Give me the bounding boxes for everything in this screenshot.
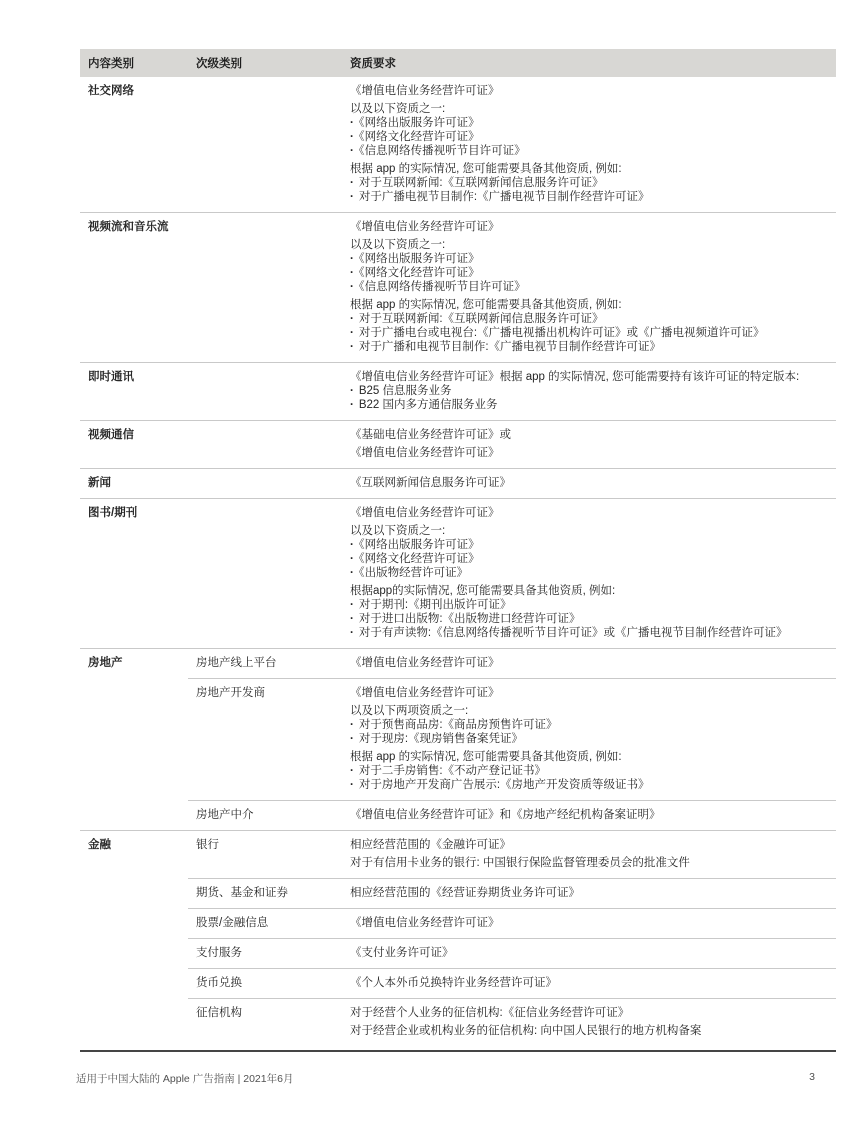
requirement-bullet-item: 《网络文化经营许可证》: [350, 552, 824, 566]
requirement-line: 相应经营范围的《经营证券期货业务许可证》: [350, 886, 824, 900]
requirement-bullet-item: 《网络出版服务许可证》: [350, 252, 824, 266]
requirement-bullet-item: 对于广播电台或电视台:《广播电视播出机构许可证》或《广播电视频道许可证》: [350, 326, 824, 340]
subcategory-cell: [188, 469, 348, 498]
table-subrow: 《增值电信业务经营许可证》以及以下资质之一:《网络出版服务许可证》《网络文化经营…: [188, 213, 836, 362]
requirements-cell: 《增值电信业务经营许可证》以及以下资质之一:《网络出版服务许可证》《网络文化经营…: [348, 77, 836, 212]
requirement-bullet-item: 对于有声读物:《信息网络传播视听节目许可证》或《广播电视节目制作经营许可证》: [350, 626, 824, 640]
requirement-line: 《增值电信业务经营许可证》: [350, 84, 824, 98]
category-cell: 社交网络: [80, 77, 188, 212]
requirement-bullet-item: 对于互联网新闻:《互联网新闻信息服务许可证》: [350, 312, 824, 326]
requirement-bullet-item: 《网络出版服务许可证》: [350, 116, 824, 130]
table-row: 社交网络《增值电信业务经营许可证》以及以下资质之一:《网络出版服务许可证》《网络…: [80, 77, 836, 213]
requirements-cell: 相应经营范围的《金融许可证》对于有信用卡业务的银行: 中国银行保险监督管理委员会…: [348, 831, 836, 878]
requirement-line: 《增值电信业务经营许可证》根据 app 的实际情况, 您可能需要持有该许可证的特…: [350, 370, 824, 384]
requirement-line: 《支付业务许可证》: [350, 946, 824, 960]
requirement-bullet-item: 《信息网络传播视听节目许可证》: [350, 280, 824, 294]
requirement-line: 以及以下资质之一:: [350, 102, 824, 116]
table-subrow: 银行相应经营范围的《金融许可证》对于有信用卡业务的银行: 中国银行保险监督管理委…: [188, 831, 836, 878]
requirement-line: 以及以下两项资质之一:: [350, 704, 824, 718]
subcategory-cell: 房地产线上平台: [188, 649, 348, 678]
subrows-container: 《增值电信业务经营许可证》以及以下资质之一:《网络出版服务许可证》《网络文化经营…: [188, 213, 836, 362]
requirement-line: 《增值电信业务经营许可证》: [350, 656, 824, 670]
requirement-line: 根据app的实际情况, 您可能需要具备其他资质, 例如:: [350, 584, 824, 598]
requirement-line: 《基础电信业务经营许可证》或: [350, 428, 824, 442]
requirements-cell: 《增值电信业务经营许可证》以及以下资质之一:《网络出版服务许可证》《网络文化经营…: [348, 213, 836, 362]
requirement-bullet-item: 对于房地产开发商广告展示:《房地产开发资质等级证书》: [350, 778, 824, 792]
requirement-bullet-item: 《网络出版服务许可证》: [350, 538, 824, 552]
requirement-bullet-item: 《信息网络传播视听节目许可证》: [350, 144, 824, 158]
table-subrow: 房地产线上平台《增值电信业务经营许可证》: [188, 649, 836, 678]
subrows-container: 《增值电信业务经营许可证》以及以下资质之一:《网络出版服务许可证》《网络文化经营…: [188, 499, 836, 648]
requirement-bullet-item: 对于二手房销售:《不动产登记证书》: [350, 764, 824, 778]
requirement-line: 对于经营个人业务的征信机构:《征信业务经营许可证》: [350, 1006, 824, 1020]
footer-document-title: 适用于中国大陆的 Apple 广告指南 | 2021年6月: [76, 1071, 293, 1086]
table-subrow: 《增值电信业务经营许可证》根据 app 的实际情况, 您可能需要持有该许可证的特…: [188, 363, 836, 420]
requirements-cell: 《增值电信业务经营许可证》根据 app 的实际情况, 您可能需要持有该许可证的特…: [348, 363, 836, 420]
subcategory-cell: [188, 213, 348, 362]
requirements-cell: 《个人本外币兑换特许业务经营许可证》: [348, 969, 836, 998]
subrows-container: 《基础电信业务经营许可证》或《增值电信业务经营许可证》: [188, 421, 836, 468]
subrows-container: 房地产线上平台《增值电信业务经营许可证》房地产开发商《增值电信业务经营许可证》以…: [188, 649, 836, 830]
requirement-bullet-item: 《网络文化经营许可证》: [350, 130, 824, 144]
subcategory-cell: 期货、基金和证券: [188, 879, 348, 908]
requirement-line: 相应经营范围的《金融许可证》: [350, 838, 824, 852]
requirement-bullet-item: B25 信息服务业务: [350, 384, 824, 398]
subcategory-cell: 房地产中介: [188, 801, 348, 830]
requirements-cell: 《增值电信业务经营许可证》: [348, 649, 836, 678]
requirement-line: 对于有信用卡业务的银行: 中国银行保险监督管理委员会的批准文件: [350, 856, 824, 870]
table-subrow: 《增值电信业务经营许可证》以及以下资质之一:《网络出版服务许可证》《网络文化经营…: [188, 77, 836, 212]
table-subrow: 《增值电信业务经营许可证》以及以下资质之一:《网络出版服务许可证》《网络文化经营…: [188, 499, 836, 648]
subrows-container: 《互联网新闻信息服务许可证》: [188, 469, 836, 498]
requirement-bullet-item: 对于互联网新闻:《互联网新闻信息服务许可证》: [350, 176, 824, 190]
requirement-bullet-item: B22 国内多方通信服务业务: [350, 398, 824, 412]
requirements-cell: 相应经营范围的《经营证券期货业务许可证》: [348, 879, 836, 908]
requirement-line: 对于经营企业或机构业务的征信机构: 向中国人民银行的地方机构备案: [350, 1024, 824, 1038]
requirements-table: 内容类别 次级类别 资质要求 社交网络《增值电信业务经营许可证》以及以下资质之一…: [80, 49, 836, 1046]
column-header-category: 内容类别: [80, 55, 188, 71]
requirements-cell: 《增值电信业务经营许可证》以及以下两项资质之一:对于预售商品房:《商品房预售许可…: [348, 679, 836, 800]
table-row: 视频流和音乐流《增值电信业务经营许可证》以及以下资质之一:《网络出版服务许可证》…: [80, 213, 836, 363]
requirement-line: 《互联网新闻信息服务许可证》: [350, 476, 824, 490]
subcategory-cell: 支付服务: [188, 939, 348, 968]
requirement-bullet-item: 对于预售商品房:《商品房预售许可证》: [350, 718, 824, 732]
requirements-cell: 《增值电信业务经营许可证》以及以下资质之一:《网络出版服务许可证》《网络文化经营…: [348, 499, 836, 648]
requirement-line: 根据 app 的实际情况, 您可能需要具备其他资质, 例如:: [350, 750, 824, 764]
requirement-line: 《增值电信业务经营许可证》: [350, 916, 824, 930]
subcategory-cell: 股票/金融信息: [188, 909, 348, 938]
category-cell: 视频通信: [80, 421, 188, 468]
subcategory-cell: 银行: [188, 831, 348, 878]
table-subrow: 房地产中介《增值电信业务经营许可证》和《房地产经纪机构备案证明》: [188, 800, 836, 830]
requirement-bullet-item: 对于进口出版物:《出版物进口经营许可证》: [350, 612, 824, 626]
table-row: 金融银行相应经营范围的《金融许可证》对于有信用卡业务的银行: 中国银行保险监督管…: [80, 831, 836, 1046]
category-cell: 新闻: [80, 469, 188, 498]
table-row: 新闻《互联网新闻信息服务许可证》: [80, 469, 836, 499]
table-subrow: 股票/金融信息《增值电信业务经营许可证》: [188, 908, 836, 938]
requirements-cell: 《增值电信业务经营许可证》和《房地产经纪机构备案证明》: [348, 801, 836, 830]
requirement-bullet-item: 对于期刊:《期刊出版许可证》: [350, 598, 824, 612]
subcategory-cell: [188, 77, 348, 212]
subcategory-cell: [188, 499, 348, 648]
table-row: 图书/期刊《增值电信业务经营许可证》以及以下资质之一:《网络出版服务许可证》《网…: [80, 499, 836, 649]
table-subrow: 《互联网新闻信息服务许可证》: [188, 469, 836, 498]
table-subrow: 货币兑换《个人本外币兑换特许业务经营许可证》: [188, 968, 836, 998]
requirement-line: 根据 app 的实际情况, 您可能需要具备其他资质, 例如:: [350, 298, 824, 312]
requirement-line: 以及以下资质之一:: [350, 238, 824, 252]
requirements-cell: 《基础电信业务经营许可证》或《增值电信业务经营许可证》: [348, 421, 836, 468]
page-number: 3: [809, 1071, 815, 1083]
requirement-line: 《增值电信业务经营许可证》: [350, 506, 824, 520]
requirement-line: 《增值电信业务经营许可证》: [350, 446, 824, 460]
subcategory-cell: 征信机构: [188, 999, 348, 1046]
table-header-row: 内容类别 次级类别 资质要求: [80, 49, 836, 77]
requirement-line: 《个人本外币兑换特许业务经营许可证》: [350, 976, 824, 990]
category-cell: 即时通讯: [80, 363, 188, 420]
column-header-requirements: 资质要求: [348, 55, 836, 71]
subrows-container: 《增值电信业务经营许可证》以及以下资质之一:《网络出版服务许可证》《网络文化经营…: [188, 77, 836, 212]
document-page: 内容类别 次级类别 资质要求 社交网络《增值电信业务经营许可证》以及以下资质之一…: [0, 0, 867, 1122]
requirements-cell: 对于经营个人业务的征信机构:《征信业务经营许可证》对于经营企业或机构业务的征信机…: [348, 999, 836, 1046]
category-cell: 金融: [80, 831, 188, 1046]
requirement-line: 根据 app 的实际情况, 您可能需要具备其他资质, 例如:: [350, 162, 824, 176]
subrows-container: 《增值电信业务经营许可证》根据 app 的实际情况, 您可能需要持有该许可证的特…: [188, 363, 836, 420]
subcategory-cell: 房地产开发商: [188, 679, 348, 800]
requirement-line: 《增值电信业务经营许可证》: [350, 220, 824, 234]
requirements-cell: 《互联网新闻信息服务许可证》: [348, 469, 836, 498]
table-subrow: 征信机构对于经营个人业务的征信机构:《征信业务经营许可证》对于经营企业或机构业务…: [188, 998, 836, 1046]
requirements-cell: 《支付业务许可证》: [348, 939, 836, 968]
requirement-line: 《增值电信业务经营许可证》: [350, 686, 824, 700]
subrows-container: 银行相应经营范围的《金融许可证》对于有信用卡业务的银行: 中国银行保险监督管理委…: [188, 831, 836, 1046]
requirements-cell: 《增值电信业务经营许可证》: [348, 909, 836, 938]
subcategory-cell: 货币兑换: [188, 969, 348, 998]
table-subrow: 支付服务《支付业务许可证》: [188, 938, 836, 968]
table-row: 即时通讯《增值电信业务经营许可证》根据 app 的实际情况, 您可能需要持有该许…: [80, 363, 836, 421]
category-cell: 房地产: [80, 649, 188, 830]
table-subrow: 《基础电信业务经营许可证》或《增值电信业务经营许可证》: [188, 421, 836, 468]
requirement-bullet-item: 对于现房:《现房销售备案凭证》: [350, 732, 824, 746]
table-row: 视频通信《基础电信业务经营许可证》或《增值电信业务经营许可证》: [80, 421, 836, 469]
category-cell: 图书/期刊: [80, 499, 188, 648]
column-header-subcategory: 次级类别: [188, 55, 348, 71]
subcategory-cell: [188, 363, 348, 420]
footer-divider: [80, 1050, 836, 1052]
table-row: 房地产房地产线上平台《增值电信业务经营许可证》房地产开发商《增值电信业务经营许可…: [80, 649, 836, 831]
subcategory-cell: [188, 421, 348, 468]
requirement-line: 以及以下资质之一:: [350, 524, 824, 538]
category-cell: 视频流和音乐流: [80, 213, 188, 362]
requirement-line: 《增值电信业务经营许可证》和《房地产经纪机构备案证明》: [350, 808, 824, 822]
requirement-bullet-item: 《出版物经营许可证》: [350, 566, 824, 580]
requirement-bullet-item: 《网络文化经营许可证》: [350, 266, 824, 280]
table-subrow: 房地产开发商《增值电信业务经营许可证》以及以下两项资质之一:对于预售商品房:《商…: [188, 678, 836, 800]
table-body: 社交网络《增值电信业务经营许可证》以及以下资质之一:《网络出版服务许可证》《网络…: [80, 77, 836, 1046]
requirement-bullet-item: 对于广播电视节目制作:《广播电视节目制作经营许可证》: [350, 190, 824, 204]
table-subrow: 期货、基金和证券相应经营范围的《经营证券期货业务许可证》: [188, 878, 836, 908]
requirement-bullet-item: 对于广播和电视节目制作:《广播电视节目制作经营许可证》: [350, 340, 824, 354]
